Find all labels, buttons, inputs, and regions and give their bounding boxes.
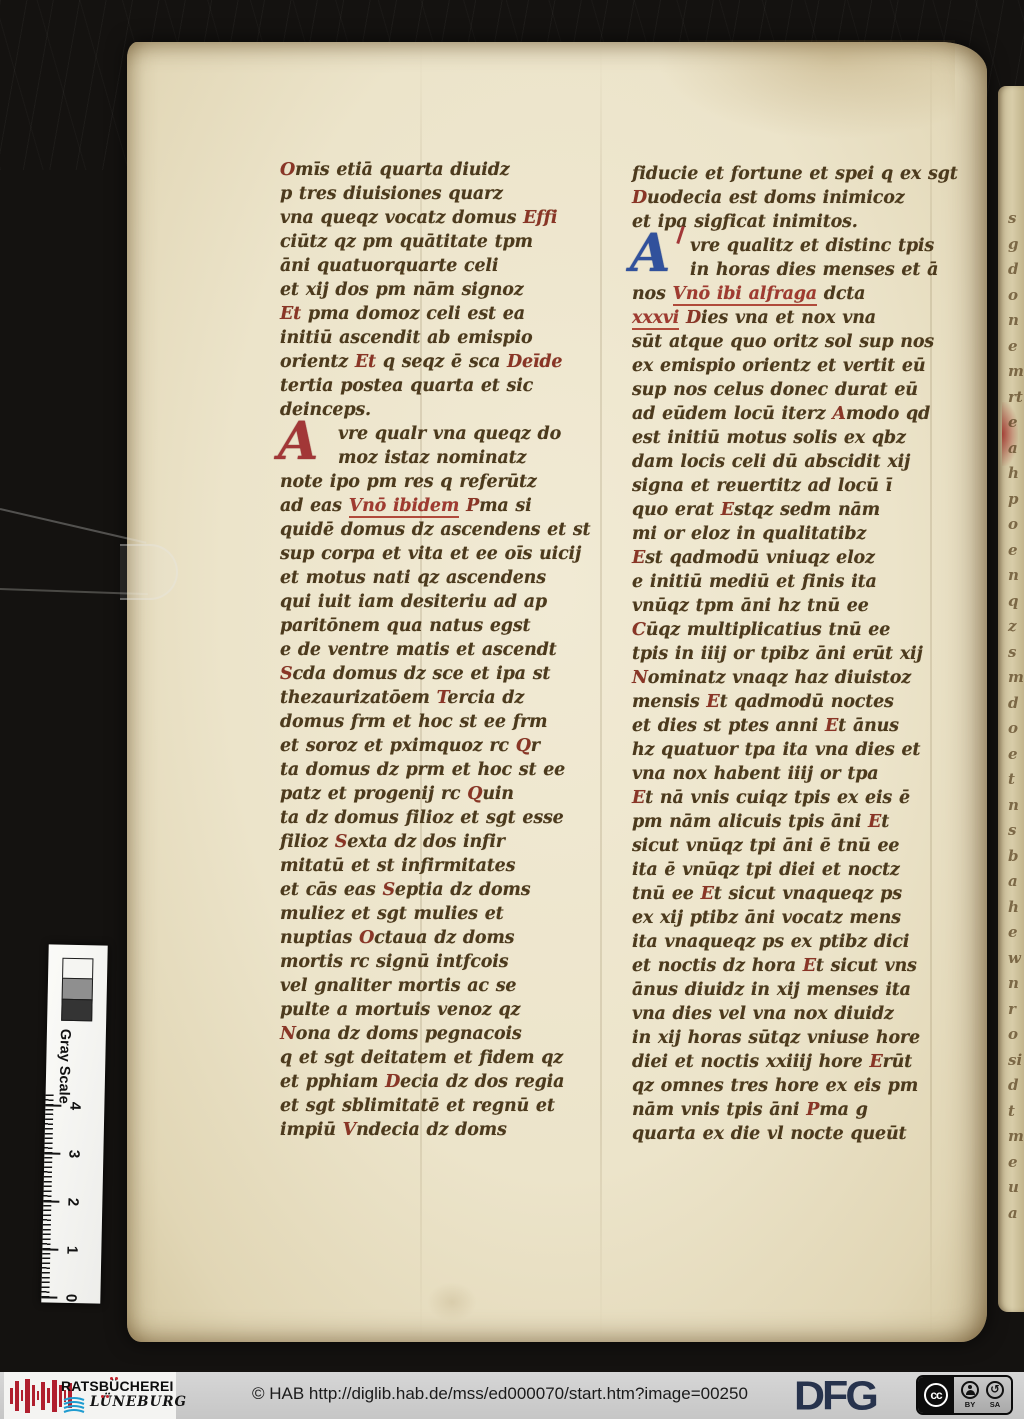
manuscript-text-line: signa et reuertitz ad locū ī <box>632 474 966 498</box>
manuscript-text-line: quo erat Estqz sedm nām <box>632 498 966 522</box>
footer-bar: RATSBÜCHEREI LÜNEBURG © HAB http://digli… <box>0 1372 1024 1419</box>
ruler-label: Gray Scale <box>55 1029 73 1104</box>
cc-by-module: BY <box>961 1381 979 1409</box>
manuscript-text-line: in xij horas sūtqz vniuse hore <box>632 1026 966 1050</box>
manuscript-text-line: Nona dz doms pegnacois <box>280 1022 614 1046</box>
ruler-major-tick <box>41 1296 57 1298</box>
patch-white <box>62 957 93 980</box>
ruler-major-tick <box>42 1248 58 1250</box>
manuscript-text-line: orientz Et q seqz ē sca Deīde <box>280 350 614 374</box>
manuscript-text-line: et dies st ptes anni Et ānus <box>632 714 966 738</box>
manuscript-text-line: vnūqz tpm āni hz tnū ee <box>632 594 966 618</box>
illuminated-initial: A <box>278 416 336 468</box>
copyright-url: © HAB http://diglib.hab.de/mss/ed000070/… <box>252 1384 748 1404</box>
manuscript-text-line: fiducie et fortune et spei q ex sgt <box>632 162 966 186</box>
manuscript-text-line: Scda domus dz sce et ipa st <box>280 662 614 686</box>
ruler-number: 3 <box>66 1146 82 1162</box>
library-logo: RATSBÜCHEREI LÜNEBURG <box>4 1372 176 1419</box>
manuscript-text-line: ita vnaqueqz ps ex ptibz dici <box>632 930 966 954</box>
manuscript-text-line: āni quatuorquarte celi <box>280 254 614 278</box>
ruler-major-tick <box>44 1152 60 1154</box>
manuscript-text-line: diei et noctis xxiiij hore Erūt <box>632 1050 966 1074</box>
cc-modules: BY ↺ SA <box>954 1377 1011 1413</box>
manuscript-text-line: mi or eloz in qualitatibz <box>632 522 966 546</box>
manuscript-text-line: Omīs etiā quarta diuidz <box>280 158 614 182</box>
clip-edge <box>0 508 146 544</box>
ruler-major-tick <box>43 1200 59 1202</box>
manuscript-text-line: Et nā vnis cuiqz tpis ex eis ē <box>632 786 966 810</box>
adjacent-page-edge: sgdonemrteahpoenqzsmdoetnsbahewnrosidtme… <box>998 86 1024 1312</box>
ruler-number: 1 <box>64 1242 80 1258</box>
manuscript-text-line: vna nox habent iiij or tpa <box>632 762 966 786</box>
manuscript-text-line: ad eas Vnō ibidem Pma si <box>280 494 614 518</box>
manuscript-text-line: tpis in iiij or tpibz āni erūt xij <box>632 642 966 666</box>
manuscript-text-line: nām vnis tpis āni Pma g <box>632 1098 966 1122</box>
manuscript-text-line: e de ventre matis et ascendt <box>280 638 614 662</box>
manuscript-page: Omīs etiā quarta diuidzp tres diuisiones… <box>127 42 987 1342</box>
left-text-column: Omīs etiā quarta diuidzp tres diuisiones… <box>280 158 614 1142</box>
cc-circle-icon: cc <box>924 1383 948 1407</box>
manuscript-text-line: ex emispio orientz et vertit eū <box>632 354 966 378</box>
manuscript-text-line: vna dies vel vna nox diuidz <box>632 1002 966 1026</box>
gray-patches <box>61 959 93 1021</box>
cc-logo: cc <box>918 1377 954 1413</box>
scan-viewport: Omīs etiā quarta diuidzp tres diuisiones… <box>0 0 1024 1419</box>
ruler-number: 4 <box>67 1098 83 1114</box>
manuscript-text-line: ad eūdem locū iterz Amodo qd <box>632 402 966 426</box>
manuscript-text-line: filioz Sexta dz dos infir <box>280 830 614 854</box>
manuscript-text-line: ciūtz qz pm quātitate tpm <box>280 230 614 254</box>
red-umlaut-dots <box>101 1395 104 1398</box>
manuscript-text-line: vna queqz vocatz domus Effi <box>280 206 614 230</box>
right-text-column: fiducie et fortune et spei q ex sgtDuode… <box>632 162 966 1146</box>
manuscript-text-line: nos Vnō ibi alfraga dcta <box>632 282 966 306</box>
manuscript-text-line: initiū ascendit ab emispio <box>280 326 614 350</box>
manuscript-text-line: domus frm et hoc st ee frm <box>280 710 614 734</box>
manuscript-text-line: sūt atque quo oritz sol sup nos <box>632 330 966 354</box>
manuscript-text-line: ta dz domus filioz et sgt esse <box>280 806 614 830</box>
manuscript-text-line: e initiū mediū et finis ita <box>632 570 966 594</box>
manuscript-text-line: xxxvi Dies vna et nox vna <box>632 306 966 330</box>
manuscript-text-line: dam locis celi dū abscidit xij <box>632 450 966 474</box>
share-alike-arrow-icon: ↺ <box>986 1381 1004 1399</box>
manuscript-text-line: ita ē vnūqz tpi diei et noctz <box>632 858 966 882</box>
manuscript-text-line: pm nām alicuis tpis āni Et <box>632 810 966 834</box>
manuscript-text-line: impiū Vndecia dz doms <box>280 1118 614 1142</box>
manuscript-text-line: qz omnes tres hore ex eis pm <box>632 1074 966 1098</box>
patch-dark <box>61 998 92 1021</box>
manuscript-text-line: et pphiam Decia dz dos regia <box>280 1070 614 1094</box>
dfg-logo: DFG <box>794 1373 876 1419</box>
manuscript-text-line: et noctis dz hora Et sicut vns <box>632 954 966 978</box>
manuscript-text-line: et xij dos pm nām signoz <box>280 278 614 302</box>
by-label: BY <box>965 1400 975 1409</box>
manuscript-text-line: thezaurizatōem Tercia dz <box>280 686 614 710</box>
manuscript-text-line: patz et progenij rc Quin <box>280 782 614 806</box>
gray-scale-ruler: Gray Scale 4 3 2 1 0 <box>41 944 107 1303</box>
manuscript-text-line: quidē domus dz ascendens et st <box>280 518 614 542</box>
manuscript-text-line: tnū ee Et sicut vnaqueqz ps <box>632 882 966 906</box>
ruler-number: 0 <box>63 1290 79 1306</box>
manuscript-text-line: q et sgt deitatem et fidem qz <box>280 1046 614 1070</box>
manuscript-text-line: Cūqz multiplicatius tnū ee <box>632 618 966 642</box>
manuscript-text-line: mitatū et st infirmitates <box>280 854 614 878</box>
cc-sa-module: ↺ SA <box>986 1381 1004 1409</box>
manuscript-text-line: mortis rc signū intfcois <box>280 950 614 974</box>
ruler-number: 2 <box>65 1194 81 1210</box>
adjacent-text-fragments: sgdonemrteahpoenqzsmdoetnsbahewnrosidtme… <box>1008 206 1023 1226</box>
manuscript-text-line: hz quatuor tpa ita vna dies et <box>632 738 966 762</box>
waves-icon <box>62 1396 86 1414</box>
sa-label: SA <box>990 1400 1000 1409</box>
parchment-stain <box>427 1282 477 1322</box>
manuscript-text-line: et soroz et pximquoz rc Qr <box>280 734 614 758</box>
manuscript-text-line: ex xij ptibz āni vocatz mens <box>632 906 966 930</box>
manuscript-text-line: mensis Et qadmodū noctes <box>632 690 966 714</box>
manuscript-text-line: muliez et sgt mulies et <box>280 902 614 926</box>
library-city: LÜNEBURG <box>90 1394 187 1410</box>
manuscript-text-line: note ipo pm res q referūtz <box>280 470 614 494</box>
manuscript-text-line: est initiū motus solis ex qbz <box>632 426 966 450</box>
manuscript-text-line: Et pma domoz celi est ea <box>280 302 614 326</box>
manuscript-text-line: et motus nati qz ascendens <box>280 566 614 590</box>
manuscript-text-line: tertia postea quarta et sic <box>280 374 614 398</box>
ruler-major-tick <box>45 1104 61 1106</box>
library-name: RATSBÜCHEREI <box>61 1378 174 1394</box>
manuscript-text-line: sup nos celus donec durat eū <box>632 378 966 402</box>
manuscript-text-line: sup corpa et vita et ee oīs uicij <box>280 542 614 566</box>
manuscript-text-line: et sgt sblimitatē et regnū et <box>280 1094 614 1118</box>
manuscript-text-line: vel gnaliter mortis ac se <box>280 974 614 998</box>
manuscript-text-line: et cās eas Septia dz doms <box>280 878 614 902</box>
parchment-stain <box>655 40 955 140</box>
manuscript-text-line: p tres diuisiones quarz <box>280 182 614 206</box>
red-umlaut-dots <box>110 1377 113 1380</box>
attribution-person-icon <box>961 1381 979 1399</box>
manuscript-text-line: paritōnem qua natus egst <box>280 614 614 638</box>
illuminated-initial: A <box>630 228 688 280</box>
cc-license-badge: cc BY ↺ SA <box>916 1375 1013 1415</box>
manuscript-text-line: pulte a mortuis venoz qz <box>280 998 614 1022</box>
patch-gray <box>62 978 93 1001</box>
manuscript-text-line: Nominatz vnaqz haz diuistoz <box>632 666 966 690</box>
manuscript-text-line: Est qadmodū vniuqz eloz <box>632 546 966 570</box>
manuscript-text-line: ānus diuidz in xij menses ita <box>632 978 966 1002</box>
ruler-minor-ticks <box>41 1094 53 1297</box>
manuscript-text-line: qui iuit iam desiteriu ad ap <box>280 590 614 614</box>
clip-tip <box>120 544 178 600</box>
manuscript-text-line: sicut vnūqz tpi āni ē tnū ee <box>632 834 966 858</box>
manuscript-text-line: Duodecia est doms inimicoz <box>632 186 966 210</box>
manuscript-text-line: nuptias Octaua dz doms <box>280 926 614 950</box>
page-holder-clip <box>0 500 182 600</box>
manuscript-text-line: ta domus dz prm et hoc st ee <box>280 758 614 782</box>
manuscript-text-line: quarta ex die vl nocte queūt <box>632 1122 966 1146</box>
